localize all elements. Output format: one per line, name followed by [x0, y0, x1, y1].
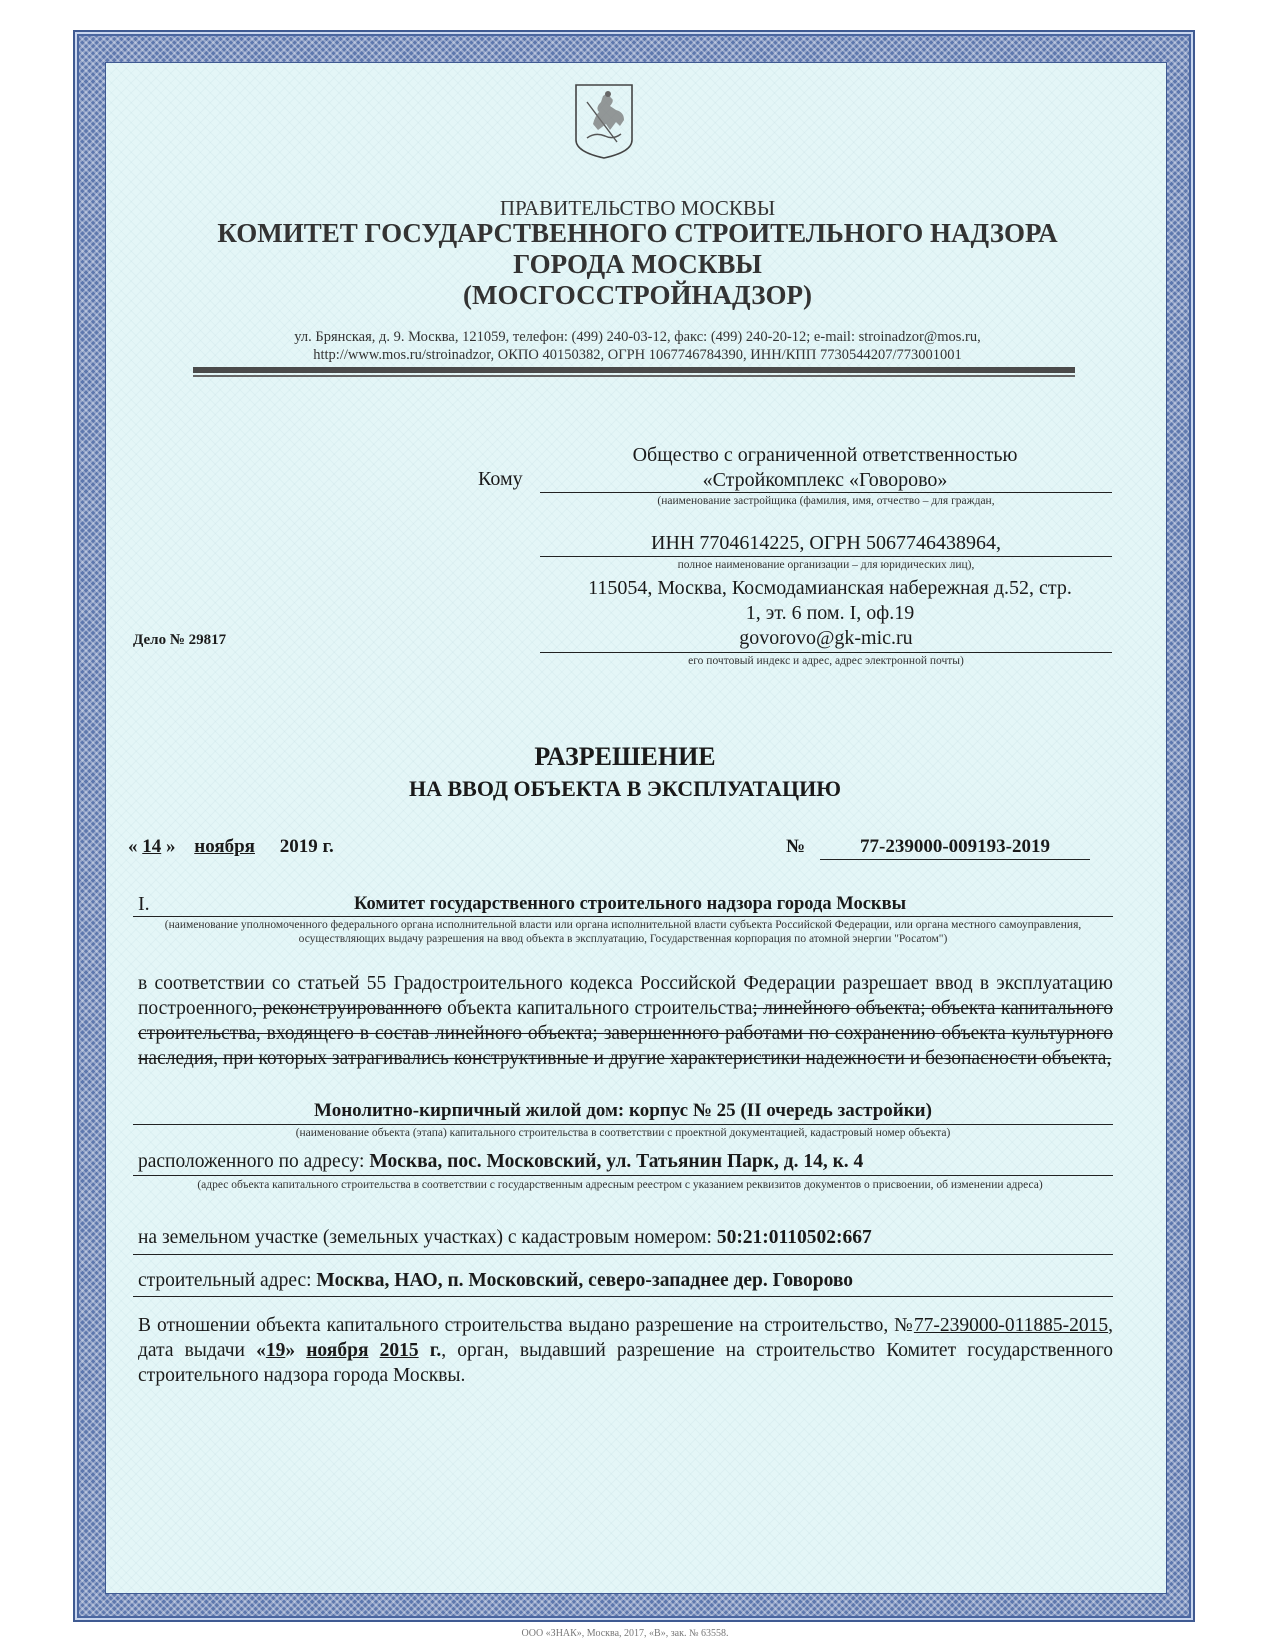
quote-close: »: [285, 1340, 295, 1361]
permit-year: 2015: [380, 1340, 419, 1361]
underline: [133, 1124, 1113, 1125]
committee-contacts: ул. Брянская, д. 9. Москва, 121059, теле…: [0, 328, 1275, 364]
contacts-line-2: http://www.mos.ru/stroinadzor, ОКПО 4015…: [0, 346, 1275, 364]
permit-month: ноября: [306, 1340, 368, 1361]
recipient-hint-3: его почтовый индекс и адрес, адрес элект…: [540, 655, 1112, 667]
permit-no-prefix: №: [894, 1315, 914, 1336]
moscow-coat-of-arms-icon: [573, 82, 635, 160]
committee-line-1: КОМИТЕТ ГОСУДАРСТВЕННОГО СТРОИТЕЛЬНОГО Н…: [0, 218, 1275, 249]
statement-struck-1: , реконструированного: [252, 998, 441, 1019]
construction-permit-number: 77-239000-011885-2015: [914, 1315, 1108, 1336]
underline: [133, 1254, 1113, 1255]
permit-year-suffix: г.: [419, 1340, 442, 1361]
recipient-label: Кому: [478, 468, 523, 491]
underline: [133, 916, 1113, 917]
address-label: расположенного по адресу:: [138, 1151, 369, 1172]
recipient-email: govorovo@gk-mic.ru: [540, 627, 1112, 650]
section-roman: I.: [138, 893, 150, 916]
building-address-value: Москва, НАО, п. Московский, северо-запад…: [316, 1270, 853, 1291]
address-hint: (адрес объекта капитального строительств…: [140, 1178, 1100, 1192]
land-label: на земельном участке (земельных участках…: [138, 1227, 717, 1248]
land-plot: на земельном участке (земельных участках…: [138, 1227, 872, 1249]
quote-open: «: [256, 1340, 266, 1361]
permit-text-1: В отношении объекта капитального строите…: [138, 1315, 894, 1336]
recipient-name-line-1: Общество с ограниченной ответственностью: [540, 443, 1110, 468]
case-number: Дело № 29817: [133, 632, 226, 649]
authority-name: Комитет государственного строительного н…: [160, 894, 1100, 915]
permit-number: 77-239000-009193-2019: [820, 836, 1090, 858]
underline: [540, 556, 1112, 557]
committee-line-3: (МОСГОССТРОЙНАДЗОР): [0, 280, 1275, 311]
recipient-name-line-2: «Стройкомплекс «Говорово»: [540, 468, 1110, 493]
header-separator-thick: [193, 367, 1075, 373]
recipient-hint-2: полное наименование организации – для юр…: [540, 559, 1112, 571]
recipient-address-line-2: 1, эт. 6 пом. I, оф.19: [540, 601, 1120, 626]
date-year-suffix: г.: [322, 836, 333, 857]
statement-mid: объекта капитального строительства: [442, 998, 753, 1019]
recipient-address-line-1: 115054, Москва, Космодамианская набережн…: [540, 576, 1120, 601]
recipient-ids: ИНН 7704614225, ОГРН 5067746438964,: [540, 532, 1112, 555]
committee-name: КОМИТЕТ ГОСУДАРСТВЕННОГО СТРОИТЕЛЬНОГО Н…: [0, 218, 1275, 311]
building-address: строительный адрес: Москва, НАО, п. Моск…: [138, 1270, 853, 1292]
quote-close: »: [166, 836, 176, 857]
address-value: Москва, пос. Московский, ул. Татьянин Па…: [369, 1151, 863, 1172]
authority-hint: (наименование уполномоченного федерально…: [133, 918, 1113, 946]
underline: [820, 859, 1090, 860]
underline: [133, 1175, 1113, 1176]
header-separator-thin: [193, 375, 1075, 377]
issue-date: « 14 » ноября 2019 г.: [128, 836, 334, 858]
quote-open: «: [128, 836, 138, 857]
printer-footer: ООО «ЗНАК», Москва, 2017, «В», зак. № 63…: [0, 1628, 1250, 1639]
construction-permit-info: В отношении объекта капитального строите…: [138, 1313, 1113, 1388]
building-address-label: строительный адрес:: [138, 1270, 316, 1291]
object-hint: (наименование объекта (этапа) капитально…: [133, 1127, 1113, 1139]
doc-title: РАЗРЕШЕНИЕ: [0, 742, 1250, 772]
underline: [540, 652, 1112, 653]
permit-number-label: №: [786, 836, 805, 858]
date-month: ноября: [194, 836, 255, 857]
permit-day: 19: [266, 1340, 286, 1361]
committee-line-2: ГОРОДА МОСКВЫ: [0, 249, 1275, 280]
underline: [540, 492, 1112, 493]
doc-subtitle: НА ВВОД ОБЪЕКТА В ЭКСПЛУАТАЦИЮ: [0, 776, 1250, 802]
cadastral-number: 50:21:0110502:667: [717, 1227, 872, 1248]
date-year: 2019: [280, 836, 318, 857]
contacts-line-1: ул. Брянская, д. 9. Москва, 121059, теле…: [0, 328, 1275, 346]
recipient-name: Общество с ограниченной ответственностью…: [540, 443, 1110, 493]
object-name: Монолитно-кирпичный жилой дом: корпус № …: [133, 1100, 1113, 1122]
permit-statement: в соответствии со статьей 55 Градостроит…: [138, 971, 1113, 1071]
recipient-address: 115054, Москва, Космодамианская набережн…: [540, 576, 1120, 626]
object-address: расположенного по адресу: Москва, пос. М…: [138, 1151, 863, 1173]
recipient-hint-1: (наименование застройщика (фамилия, имя,…: [540, 495, 1112, 507]
underline: [133, 1296, 1113, 1297]
date-day: 14: [142, 836, 161, 857]
